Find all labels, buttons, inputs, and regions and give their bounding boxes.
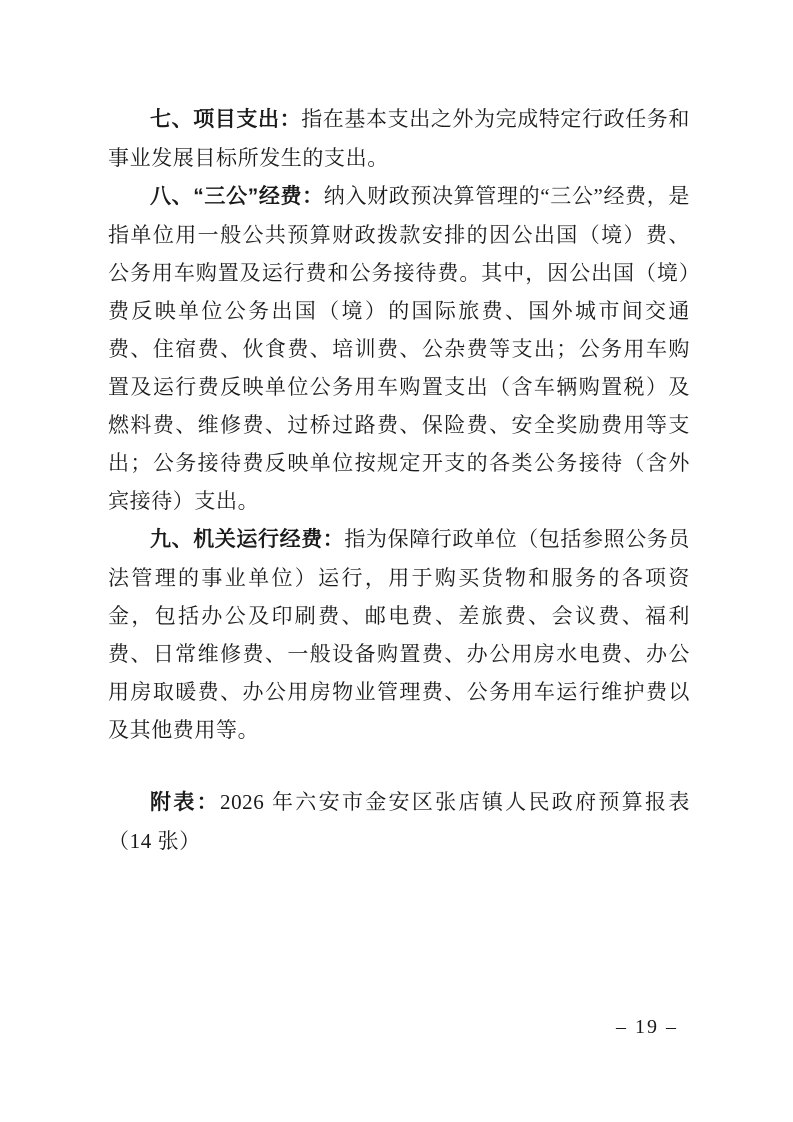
para-three-public-funds: 八、“三公”经费：纳入财政预决算管理的“三公”经费，是指单位用一般公共预算财政拨… — [108, 177, 690, 520]
document-page: 七、项目支出：指在基本支出之外为完成特定行政任务和事业发展目标所发生的支出。 八… — [0, 0, 793, 1122]
para-lead-nine: 九、机关运行经费： — [150, 528, 344, 551]
para-body-eight: 纳入财政预决算管理的“三公”经费，是指单位用一般公共预算财政拨款安排的因公出国（… — [108, 184, 690, 513]
para-lead-attachment: 附表： — [150, 791, 220, 814]
para-lead-eight: 八、“三公”经费： — [150, 185, 324, 208]
para-project-expenditure: 七、项目支出：指在基本支出之外为完成特定行政任务和事业发展目标所发生的支出。 — [108, 100, 690, 177]
para-agency-operating-funds: 九、机关运行经费：指为保障行政单位（包括参照公务员法管理的事业单位）运行，用于购… — [108, 520, 690, 749]
para-attachment-note: 附表：2026 年六安市金安区张店镇人民政府预算报表（14 张） — [108, 783, 690, 860]
para-body-nine: 指为保障行政单位（包括参照公务员法管理的事业单位）运行，用于购买货物和服务的各项… — [108, 527, 690, 742]
para-lead-seven: 七、项目支出： — [150, 108, 301, 131]
document-body: 七、项目支出：指在基本支出之外为完成特定行政任务和事业发展目标所发生的支出。 八… — [108, 100, 690, 860]
page-number: – 19 – — [612, 1016, 682, 1039]
